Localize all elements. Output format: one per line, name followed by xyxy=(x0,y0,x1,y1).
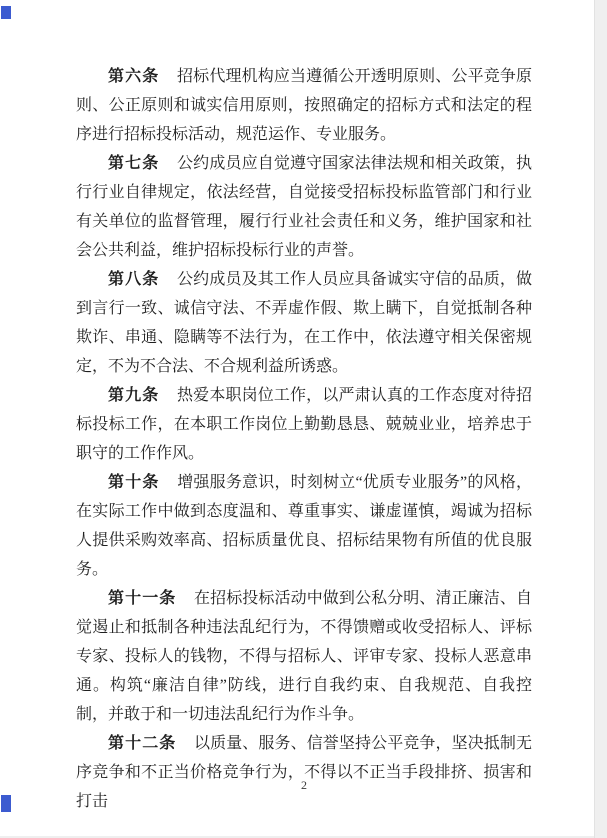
page-content: 第六条招标代理机构应当遵循公开透明原则、公平竞争原则、公正原则和诚实信用原则，按… xyxy=(76,62,532,816)
article-paragraph: 第十条增强服务意识，时刻树立“优质专业服务”的风格，在实际工作中做到态度温和、尊… xyxy=(76,468,532,584)
article-paragraph: 第八条公约成员及其工作人员应具备诚实守信的品质，做到言行一致、诚信守法、不弄虚作… xyxy=(76,265,532,381)
article-number: 第十条 xyxy=(108,474,160,491)
article-paragraph: 第九条热爱本职岗位工作，以严肃认真的工作态度对待招标投标工作，在本职工作岗位上勤… xyxy=(76,381,532,468)
document-viewer: 第六条招标代理机构应当遵循公开透明原则、公平竞争原则、公正原则和诚实信用原则，按… xyxy=(0,0,607,838)
article-number: 第七条 xyxy=(108,155,159,172)
article-paragraph: 第七条公约成员应自觉遵守国家法律法规和相关政策，执行行业自律规定，依法经营，自觉… xyxy=(76,149,532,265)
article-number: 第八条 xyxy=(108,271,159,288)
article-paragraph: 第十二条以质量、服务、信誉坚持公平竞争，坚决抵制无序竞争和不正当价格竞争行为，不… xyxy=(76,729,532,816)
article-number: 第十二条 xyxy=(108,735,176,752)
article-number: 第十一条 xyxy=(108,590,176,607)
viewer-background-right xyxy=(594,0,607,838)
page-edge-marker-bottom xyxy=(1,795,11,812)
article-paragraph: 第六条招标代理机构应当遵循公开透明原则、公平竞争原则、公正原则和诚实信用原则，按… xyxy=(76,62,532,149)
page-number: 2 xyxy=(76,778,532,793)
article-paragraph: 第十一条在招标投标活动中做到公私分明、清正廉洁、自觉遏止和抵制各种违法乱纪行为，… xyxy=(76,584,532,729)
document-page: 第六条招标代理机构应当遵循公开透明原则、公平竞争原则、公正原则和诚实信用原则，按… xyxy=(0,0,594,836)
article-number: 第六条 xyxy=(108,68,159,85)
page-edge-marker-top xyxy=(1,6,11,19)
article-text: 在招标投标活动中做到公私分明、清正廉洁、自觉遏止和抵制各种违法乱纪行为，不得馈赠… xyxy=(76,590,532,723)
article-number: 第九条 xyxy=(108,387,159,404)
